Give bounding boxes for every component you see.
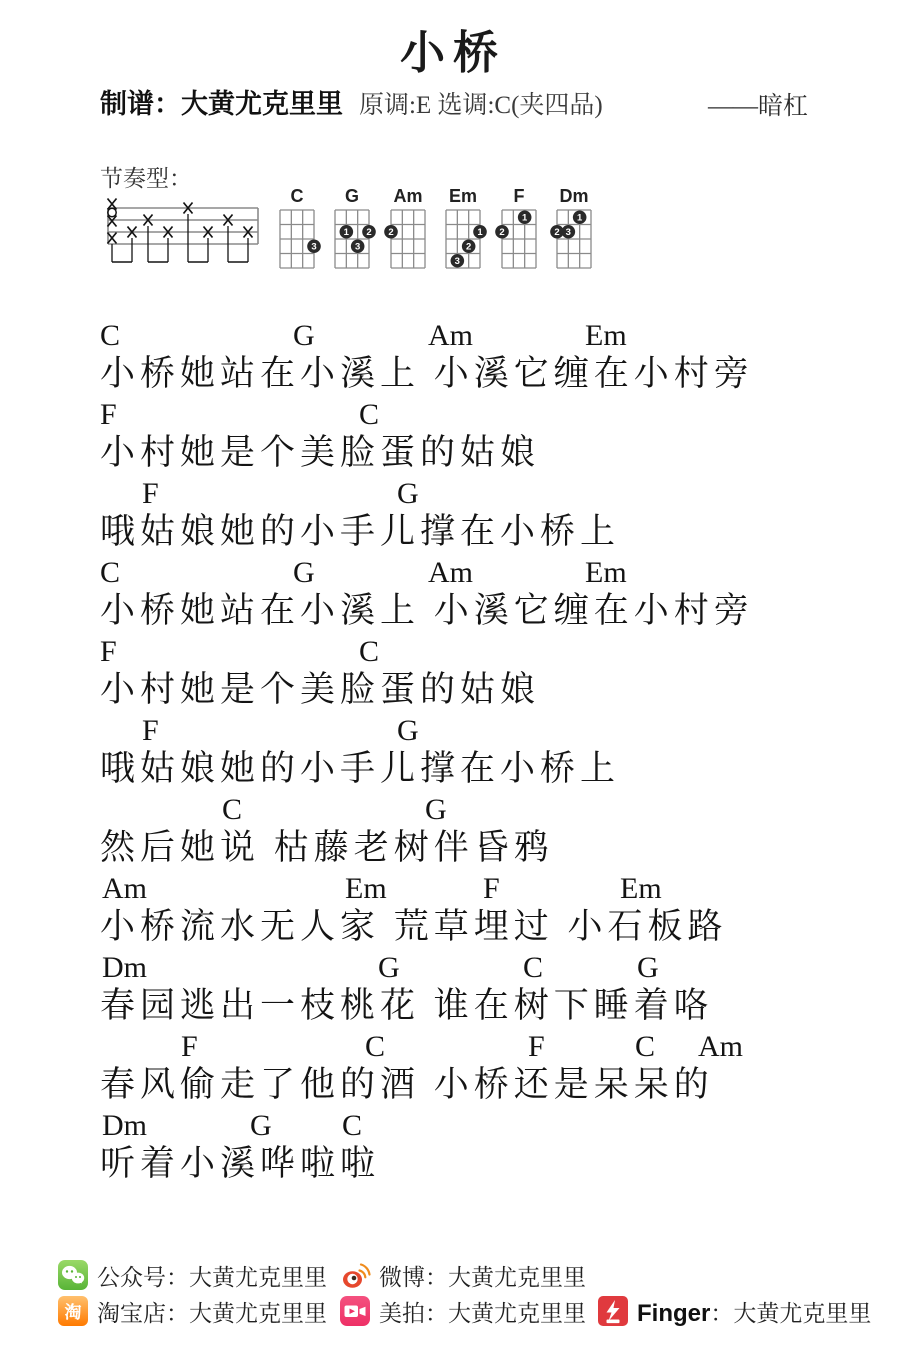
svg-text:3: 3 (311, 242, 316, 253)
lyric-line: 春风偷走了他的酒 小桥还是呆呆的 (100, 1065, 906, 1105)
chord-row: CGAmEm (0, 316, 906, 355)
chord-row: DmGCG (0, 948, 906, 987)
chord-symbol: Em (585, 316, 627, 355)
chord-symbol: G (378, 948, 400, 987)
svg-text:1: 1 (477, 227, 483, 238)
finger-icon (598, 1296, 628, 1326)
chord-symbol: G (425, 790, 447, 829)
svg-text:2: 2 (499, 227, 504, 238)
lyric-line: 小桥她站在小溪上 小溪它缠在小村旁 (100, 591, 906, 631)
key-info: 原调:E 选调:C(夹四品) (359, 92, 603, 119)
chord-diagram-G: G123 (333, 186, 371, 270)
chord-row: FC (0, 632, 906, 671)
chord-diagram-Dm: Dm123 (555, 186, 593, 270)
chord-symbol: Em (585, 553, 627, 592)
chord-symbol: C (359, 632, 379, 671)
chord-symbol: Em (620, 869, 662, 908)
chord-symbol: F (142, 711, 159, 750)
footer-item-label: 淘宝店：大黄尤克里里 (97, 1295, 327, 1328)
lyric-line: 小村她是个美脸蛋的姑娘 (100, 433, 906, 473)
chord-symbol: G (293, 553, 315, 592)
chord-row: FC (0, 395, 906, 434)
lyric-line: 春园逃出一枝桃花 谁在树下睡着咯 (100, 986, 906, 1026)
chord-symbol: F (100, 395, 117, 434)
footer-item-meipai: 美拍：大黄尤克里里 (340, 1295, 586, 1327)
svg-text:3: 3 (455, 256, 460, 267)
chord-diagram-F: F12 (500, 186, 538, 270)
chord-row: FCFCAm (0, 1027, 906, 1066)
svg-text:2: 2 (366, 227, 371, 238)
chord-row: DmGC (0, 1106, 906, 1145)
chord-row: FG (0, 474, 906, 513)
chord-symbol: Am (428, 553, 473, 592)
chord-symbol: Em (345, 869, 387, 908)
chord-name-label: Am (389, 186, 427, 208)
chord-sheet-page: 小桥 制谱：大黄尤克里里原调:E 选调:C(夹四品) ——暗杠 节奏型： C3G… (0, 0, 906, 1359)
svg-text:2: 2 (466, 242, 471, 253)
lyric-line: 哦姑娘她的小手儿撑在小桥上 (100, 512, 906, 552)
chord-grid-F: 12 (500, 208, 538, 270)
footer-item-weibo: 微博：大黄尤克里里 (340, 1259, 586, 1291)
chord-row: CG (0, 790, 906, 829)
svg-text:淘: 淘 (65, 1302, 82, 1322)
lyric-line: 然后她说 枯藤老树伴昏鸦 (100, 828, 906, 868)
chord-name-label: G (333, 186, 371, 208)
chord-grid-G: 123 (333, 208, 371, 270)
lyric-line: 小桥流水无人家 荒草埋过 小石板路 (100, 907, 906, 947)
chord-symbol: Dm (102, 1106, 147, 1145)
credit-label: 制谱：大黄尤克里里 (100, 89, 343, 119)
chord-symbol: Am (698, 1027, 743, 1066)
chord-symbol: F (483, 869, 500, 908)
footer-item-taobao: 淘淘宝店：大黄尤克里里 (58, 1295, 327, 1327)
chord-row: AmEmFEm (0, 869, 906, 908)
rhythm-pattern-label: 节奏型： (100, 160, 192, 193)
chord-symbol: C (342, 1106, 362, 1145)
chord-symbol: C (635, 1027, 655, 1066)
chord-grid-Em: 123 (444, 208, 482, 270)
chord-symbol: G (397, 474, 419, 513)
svg-text:2: 2 (388, 227, 393, 238)
footer-item-label: 微博：大黄尤克里里 (379, 1259, 586, 1292)
footer-item-label: 公众号：大黄尤克里里 (97, 1259, 327, 1292)
chord-symbol: G (293, 316, 315, 355)
lyric-line: 哦姑娘她的小手儿撑在小桥上 (100, 749, 906, 789)
taobao-icon: 淘 (58, 1296, 88, 1326)
footer-item-label: Finger：大黄尤克里里 (637, 1295, 871, 1328)
chord-name-label: Em (444, 186, 482, 208)
rhythm-tab-notation (100, 194, 270, 278)
chord-symbol: C (100, 316, 120, 355)
meipai-icon (340, 1296, 370, 1326)
chord-symbol: Am (428, 316, 473, 355)
svg-text:2: 2 (554, 227, 559, 238)
chord-symbol: C (523, 948, 543, 987)
chord-symbol: F (142, 474, 159, 513)
chord-symbol: Am (102, 869, 147, 908)
chord-grid-C: 3 (278, 208, 316, 270)
chord-row: CGAmEm (0, 553, 906, 592)
chord-symbol: G (250, 1106, 272, 1145)
chord-grid-Am: 2 (389, 208, 427, 270)
chord-grid-Dm: 123 (555, 208, 593, 270)
chord-name-label: Dm (555, 186, 593, 208)
svg-text:1: 1 (577, 213, 583, 224)
chord-symbol: C (365, 1027, 385, 1066)
footer-item-label: 美拍：大黄尤克里里 (379, 1295, 586, 1328)
page-title: 小桥 (0, 16, 906, 81)
svg-text:1: 1 (522, 213, 528, 224)
wechat-icon (58, 1260, 88, 1290)
chord-symbol: C (222, 790, 242, 829)
chord-name-label: F (500, 186, 538, 208)
svg-text:3: 3 (566, 227, 571, 238)
chord-symbol: C (100, 553, 120, 592)
chord-symbol: C (359, 395, 379, 434)
chord-symbol: G (637, 948, 659, 987)
svg-text:1: 1 (344, 227, 350, 238)
chord-diagram-C: C3 (278, 186, 316, 270)
author-label: ——暗杠 (708, 86, 808, 122)
weibo-icon (340, 1260, 370, 1290)
chord-diagram-Em: Em123 (444, 186, 482, 270)
chord-symbol: F (181, 1027, 198, 1066)
chord-symbol: F (528, 1027, 545, 1066)
chord-symbol: Dm (102, 948, 147, 987)
chord-symbol: F (100, 632, 117, 671)
footer-item-finger: Finger：大黄尤克里里 (598, 1295, 871, 1327)
chord-diagram-Am: Am2 (389, 186, 427, 270)
header-row: 制谱：大黄尤克里里原调:E 选调:C(夹四品) (100, 82, 603, 121)
chord-row: FG (0, 711, 906, 750)
svg-text:3: 3 (355, 242, 360, 253)
lyric-line: 听着小溪哗啦啦 (100, 1144, 906, 1184)
chord-symbol: G (397, 711, 419, 750)
footer-item-wechat: 公众号：大黄尤克里里 (58, 1259, 327, 1291)
chord-name-label: C (278, 186, 316, 208)
lyric-line: 小桥她站在小溪上 小溪它缠在小村旁 (100, 354, 906, 394)
lyric-line: 小村她是个美脸蛋的姑娘 (100, 670, 906, 710)
